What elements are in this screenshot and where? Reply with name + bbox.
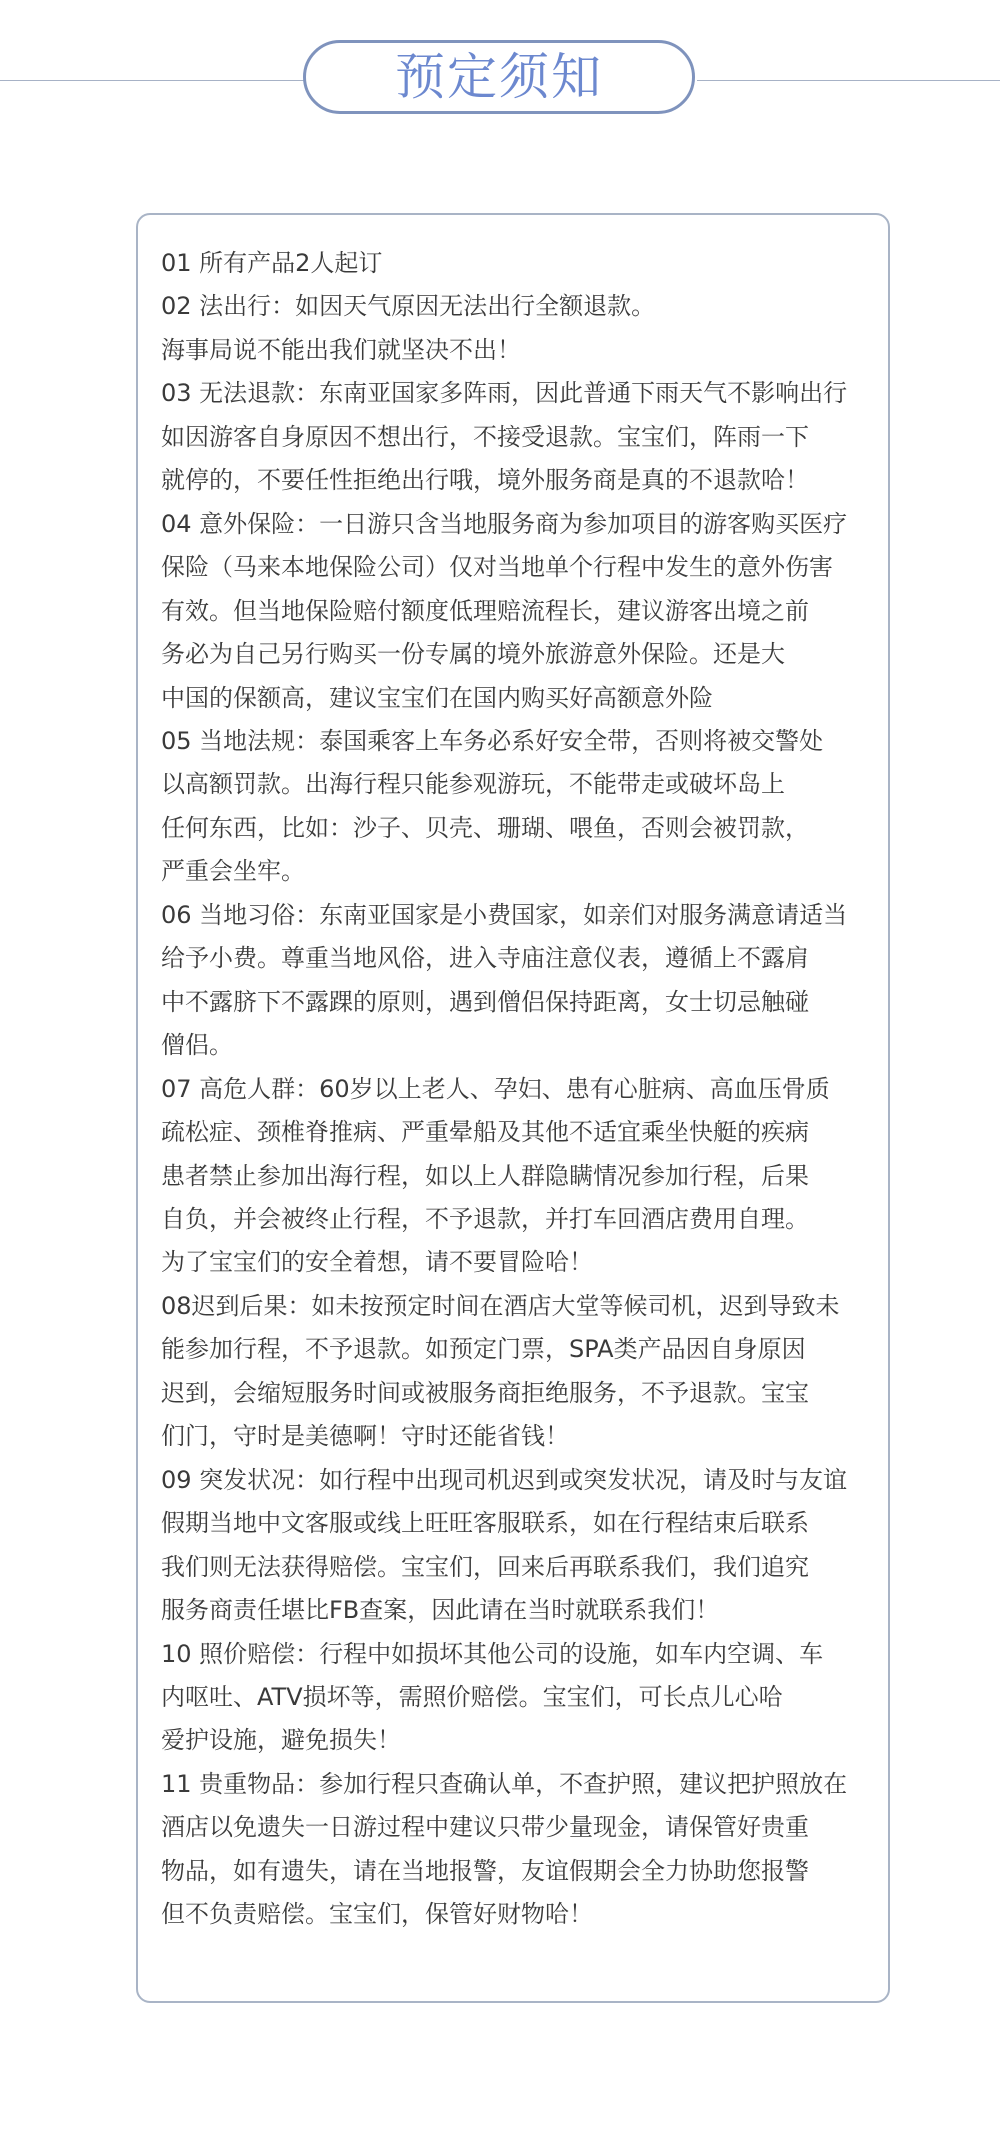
notice-line: 任何东西，比如：沙子、贝壳、珊瑚、喂鱼，否则会被罚款，: [161, 807, 878, 850]
page-title: 预定须知: [395, 52, 603, 102]
notice-line: 务必为自己另行购买一份专属的境外旅游意外保险。还是大: [161, 633, 878, 676]
notice-line: 我们则无法获得赔偿。宝宝们，回来后再联系我们，我们追究: [161, 1546, 878, 1589]
notice-line: 服务商责任堪比FB查案，因此请在当时就联系我们！: [161, 1589, 878, 1632]
notice-line: 10 照价赔偿：行程中如损坏其他公司的设施，如车内空调、车: [161, 1633, 878, 1676]
notice-line: 11 贵重物品：参加行程只查确认单，不查护照，建议把护照放在: [161, 1763, 878, 1806]
notice-line: 02 法出行：如因天气原因无法出行全额退款。: [161, 285, 878, 328]
notice-line: 假期当地中文客服或线上旺旺客服联系，如在行程结束后联系: [161, 1502, 878, 1545]
notice-line: 如因游客自身原因不想出行，不接受退款。宝宝们，阵雨一下: [161, 416, 878, 459]
header-divider-right: [697, 80, 1000, 81]
notice-line: 有效。但当地保险赔付额度低理赔流程长，建议游客出境之前: [161, 590, 878, 633]
notice-line: 09 突发状况：如行程中出现司机迟到或突发状况，请及时与友谊: [161, 1459, 878, 1502]
notice-line: 07 高危人群：60岁以上老人、孕妇、患有心脏病、高血压骨质: [161, 1068, 878, 1111]
notice-line: 01 所有产品2人起订: [161, 242, 878, 285]
notice-line: 中不露脐下不露踝的原则，遇到僧侣保持距离，女士切忌触碰: [161, 981, 878, 1024]
notice-line: 迟到，会缩短服务时间或被服务商拒绝服务，不予退款。宝宝: [161, 1372, 878, 1415]
notice-line: 能参加行程，不予退款。如预定门票，SPA类产品因自身原因: [161, 1328, 878, 1371]
notice-line: 中国的保额高，建议宝宝们在国内购买好高额意外险: [161, 677, 878, 720]
notice-line: 自负，并会被终止行程，不予退款，并打车回酒店费用自理。: [161, 1198, 878, 1241]
notice-line: 08迟到后果：如未按预定时间在酒店大堂等候司机，迟到导致未: [161, 1285, 878, 1328]
notice-line: 给予小费。尊重当地风俗，进入寺庙注意仪表，遵循上不露肩: [161, 937, 878, 980]
notice-line: 内呕吐、ATV损坏等，需照价赔偿。宝宝们，可长点儿心哈: [161, 1676, 878, 1719]
notice-line: 保险（马来本地保险公司）仅对当地单个行程中发生的意外伤害: [161, 546, 878, 589]
notice-line: 们门，守时是美德啊！守时还能省钱！: [161, 1415, 878, 1458]
notice-line: 就停的，不要任性拒绝出行哦，境外服务商是真的不退款哈！: [161, 459, 878, 502]
notice-line: 患者禁止参加出海行程，如以上人群隐瞒情况参加行程，后果: [161, 1155, 878, 1198]
notice-line: 以高额罚款。出海行程只能参观游玩，不能带走或破坏岛上: [161, 763, 878, 806]
notice-body: 01 所有产品2人起订 02 法出行：如因天气原因无法出行全额退款。 海事局说不…: [161, 242, 878, 1937]
notice-line: 为了宝宝们的安全着想，请不要冒险哈！: [161, 1241, 878, 1284]
booking-notice-card: 01 所有产品2人起订 02 法出行：如因天气原因无法出行全额退款。 海事局说不…: [136, 213, 890, 2003]
notice-line: 03 无法退款：东南亚国家多阵雨，因此普通下雨天气不影响出行: [161, 372, 878, 415]
notice-line: 06 当地习俗：东南亚国家是小费国家，如亲们对服务满意请适当: [161, 894, 878, 937]
notice-line: 爱护设施，避免损失！: [161, 1719, 878, 1762]
header-divider-left: [0, 80, 305, 81]
notice-line: 酒店以免遗失一日游过程中建议只带少量现金，请保管好贵重: [161, 1806, 878, 1849]
notice-line: 05 当地法规：泰国乘客上车务必系好安全带，否则将被交警处: [161, 720, 878, 763]
notice-line: 但不负责赔偿。宝宝们，保管好财物哈！: [161, 1893, 878, 1936]
notice-line: 海事局说不能出我们就坚决不出！: [161, 329, 878, 372]
notice-line: 严重会坐牢。: [161, 850, 878, 893]
notice-line: 疏松症、颈椎脊推病、严重晕船及其他不适宜乘坐快艇的疾病: [161, 1111, 878, 1154]
title-badge: 预定须知: [303, 40, 695, 114]
notice-line: 僧侣。: [161, 1024, 878, 1067]
notice-line: 04 意外保险：一日游只含当地服务商为参加项目的游客购买医疗: [161, 503, 878, 546]
notice-line: 物品，如有遗失，请在当地报警，友谊假期会全力协助您报警: [161, 1850, 878, 1893]
